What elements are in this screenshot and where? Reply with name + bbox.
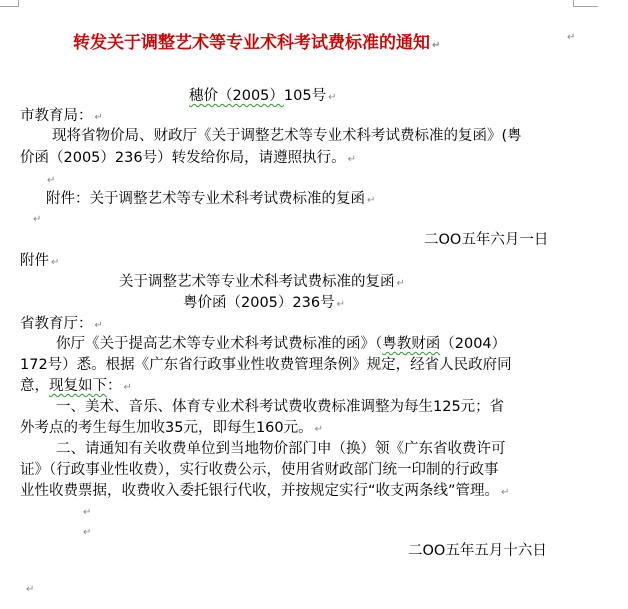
signature-date: 二OO五年六月一日 (424, 230, 548, 250)
attachment-label: 附件↵ (20, 251, 59, 273)
paragraph-mark-icon: ↵ (51, 257, 59, 268)
reply-recipient-text: 省教育厅： (20, 316, 93, 332)
reply-title-text: 关于调整艺术等专业术科考试费标准的复函 (119, 274, 395, 290)
list-item-line: 外考点的考生每生加收35元，即每生160元。↵ (20, 418, 323, 440)
paragraph-mark-icon: ↵ (83, 503, 91, 523)
paragraph-mark-icon: ↵ (328, 92, 336, 103)
spellcheck-flagged-text[interactable]: 粤教财函 (382, 336, 440, 352)
recipient-text: 市教育局： (20, 108, 93, 124)
document-title-text: 转发关于调整艺术等专业术科考试费标准的通知 (73, 33, 430, 53)
body-paragraph-line: 价函（2005）236号）转发给你局，请遵照执行。↵ (20, 148, 356, 170)
signature-date: 二OO五年五月十六日 (408, 541, 547, 561)
paragraph-mark-icon: ↵ (33, 210, 41, 230)
paragraph-mark-icon: ↵ (337, 299, 345, 310)
body-text: 价函（2005）236号）转发给你局，请遵照执行。 (20, 150, 346, 166)
body-paragraph-line: 172号）悉。根据《广东省行政事业性收费管理条例》规定，经省人民政府同 (20, 355, 512, 375)
document-title: 转发关于调整艺术等专业术科考试费标准的通知↵ (73, 33, 440, 56)
paragraph-mark-icon: ↵ (367, 195, 375, 206)
paragraph-mark-icon: ↵ (315, 424, 323, 435)
paragraph-mark-icon: ↵ (47, 171, 55, 191)
attachment-note-text: 附件：关于调整艺术等专业术科考试费标准的复函 (46, 191, 365, 207)
paragraph-mark-icon: ↵ (501, 487, 509, 498)
paragraph-mark-icon: ↵ (26, 580, 34, 600)
paragraph-mark-icon: ↵ (348, 154, 356, 165)
page-corner-mark-top-right (573, 0, 598, 7)
body-paragraph-line: 意，现复如下：↵ (20, 376, 132, 398)
list-item-line: 业性收费票据，收费收入委托银行代收，并按规定实行“收支两条线”管理。↵ (20, 481, 509, 503)
body-paragraph-line: 你厅《关于提高艺术等专业术科考试费标准的函》（粤教财函（2004） (56, 334, 506, 354)
body-text: 外考点的考生每生加收35元，即每生160元。 (20, 420, 313, 436)
document-number: 穗价（2005）105号↵ (189, 86, 336, 108)
paragraph-mark-icon: ↵ (397, 278, 405, 289)
reply-title: 关于调整艺术等专业术科考试费标准的复函↵ (119, 272, 405, 294)
paragraph-mark-icon: ↵ (95, 320, 103, 331)
body-text: ： (107, 378, 122, 394)
paragraph-mark-icon: ↵ (83, 523, 91, 543)
paragraph-mark-icon: ↵ (567, 28, 575, 48)
paragraph-mark-icon: ↵ (432, 40, 440, 51)
list-item-line: 二、请通知有关收费单位到当地物价部门申（换）领《广东省收费许可 (56, 439, 506, 459)
reply-recipient: 省教育厅：↵ (20, 314, 103, 336)
spellcheck-flagged-text[interactable]: 穗价（2005） (189, 88, 284, 104)
page-corner-mark-top-left (0, 0, 19, 7)
attachment-label-text: 附件 (20, 253, 49, 269)
list-item-line: 一、美术、音乐、体育专业术科考试费收费标准调整为每生125元；省 (56, 397, 504, 417)
paragraph-mark-icon: ↵ (95, 112, 103, 123)
list-item-line: 证》（行政事业性收费），实行收费公示，使用省财政部门统一印制的行政事 (20, 460, 499, 480)
body-text: （2004） (440, 336, 506, 352)
body-text: 意， (20, 378, 49, 394)
body-paragraph-line: 现将省物价局、财政厅《关于调整艺术等专业术科考试费标准的复函》(粤 (52, 126, 522, 146)
reply-number-text: 粤价函（2005）236号 (183, 295, 335, 311)
attachment-note: 附件：关于调整艺术等专业术科考试费标准的复函↵ (46, 189, 375, 211)
paragraph-mark-icon: ↵ (124, 382, 132, 393)
doc-number-suffix: 105号 (284, 88, 326, 104)
recipient-line: 市教育局：↵ (20, 106, 103, 128)
body-text: 你厅《关于提高艺术等专业术科考试费标准的函》（ (56, 336, 382, 352)
spellcheck-flagged-text[interactable]: 现复如下 (49, 378, 107, 394)
body-text: 业性收费票据，收费收入委托银行代收，并按规定实行“收支两条线”管理。 (20, 483, 499, 499)
reply-number: 粤价函（2005）236号↵ (183, 293, 345, 315)
